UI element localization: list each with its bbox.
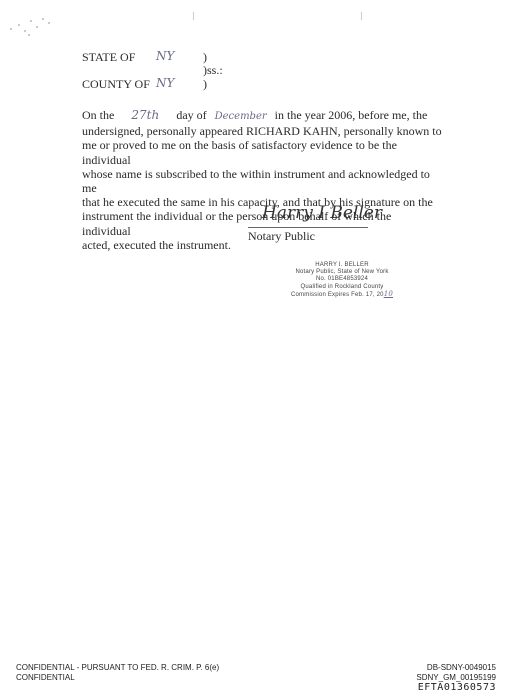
year-text: in the year 2006, before me, the [275, 108, 428, 122]
acknowledgment-line: me or proved to me on the basis of satis… [82, 138, 442, 166]
footer-right: DB-SDNY-0049015 SDNY_GM_00195199 EFTA013… [416, 663, 496, 693]
footer-left: CONFIDENTIAL - PURSUANT TO FED. R. CRIM.… [16, 663, 219, 683]
stamp-line: Commission Expires Feb. 17, 2010 [272, 291, 412, 299]
acknowledgment-line: whose name is subscribed to the within i… [82, 167, 442, 195]
notary-public-label: Notary Public [248, 229, 315, 244]
doc-id-db: DB-SDNY-0049015 [416, 663, 496, 673]
signature-line [248, 227, 368, 228]
ss-bracket-bottom: ) [203, 77, 207, 92]
scan-mark [361, 12, 362, 20]
stamp-line: Notary Public, State of New York [272, 269, 412, 276]
confidential-notice: CONFIDENTIAL - PURSUANT TO FED. R. CRIM.… [16, 663, 219, 673]
scan-specks [10, 16, 60, 40]
stamp-year-handwritten: 10 [384, 290, 393, 298]
acknowledgment-line-1: On the 27th day of December in the year … [82, 108, 442, 124]
state-label: STATE OF [82, 50, 135, 65]
notary-stamp: HARRY I. BELLER Notary Public, State of … [272, 262, 412, 299]
month-value: December [210, 110, 272, 124]
on-the-text: On the [82, 108, 114, 122]
scan-mark [193, 12, 194, 20]
acknowledgment-line: undersigned, personally appeared RICHARD… [82, 124, 442, 138]
stamp-line: HARRY I. BELLER [272, 262, 412, 269]
day-value: 27th [117, 108, 173, 122]
stamp-line: No. 01BE4853924 [272, 276, 412, 283]
state-value: NY [156, 49, 174, 63]
bates-number: EFTA01360573 [416, 683, 496, 693]
county-label: COUNTY OF [82, 77, 150, 92]
day-of-text: day of [176, 108, 206, 122]
notary-signature: Harry I Beller [262, 203, 382, 223]
ss-label: )ss.: [203, 63, 223, 78]
county-value: NY [156, 76, 174, 90]
confidential-label: CONFIDENTIAL [16, 673, 219, 683]
